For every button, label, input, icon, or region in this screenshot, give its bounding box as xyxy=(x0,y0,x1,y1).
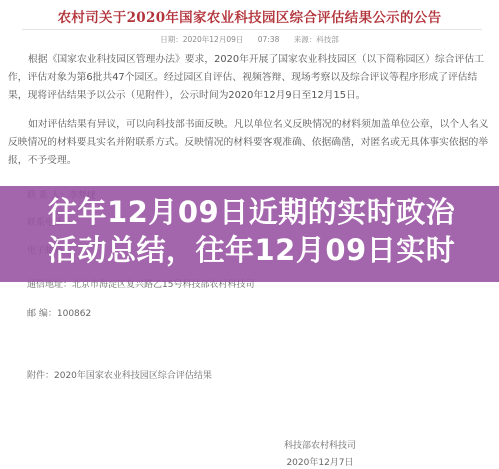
source-label: 来源： xyxy=(294,35,317,44)
paragraph-2: 如对评估结果有异议，可以向科技部书面反映。凡以单位名义反映情况的材料须加盖单位公… xyxy=(8,116,492,170)
date-value: 2020年12月09日 xyxy=(183,35,244,44)
announcement-title: 农村司关于2020年国家农业科技园区综合评估结果公示的公告 xyxy=(0,6,499,26)
date-field: 日期：2020年12月09日 xyxy=(160,35,243,44)
announcement-meta: 日期：2020年12月09日 07:38 来源：科技部 xyxy=(0,34,499,45)
time-value: 07:38 xyxy=(258,35,280,44)
headline-banner-text: 往年12月09日近期的实时政治活动总结，往年12月09日实时 xyxy=(0,186,499,282)
source-value: 科技部 xyxy=(316,35,339,44)
attachment-link[interactable]: 附件：2020年国家农业科技园区综合评估结果 xyxy=(27,368,212,381)
contact-zip: 邮 编：100862 xyxy=(27,306,91,319)
date-label: 日期： xyxy=(160,35,183,44)
signature-org: 科技部农村科技司 xyxy=(270,438,370,451)
title-divider xyxy=(22,29,482,30)
source-field: 来源：科技部 xyxy=(294,35,339,44)
paragraph-1: 根据《国家农业科技园区管理办法》要求，2020年开展了国家农业科技园区（以下简称… xyxy=(8,51,492,105)
signature-date: 2020年12月7日 xyxy=(270,455,370,468)
